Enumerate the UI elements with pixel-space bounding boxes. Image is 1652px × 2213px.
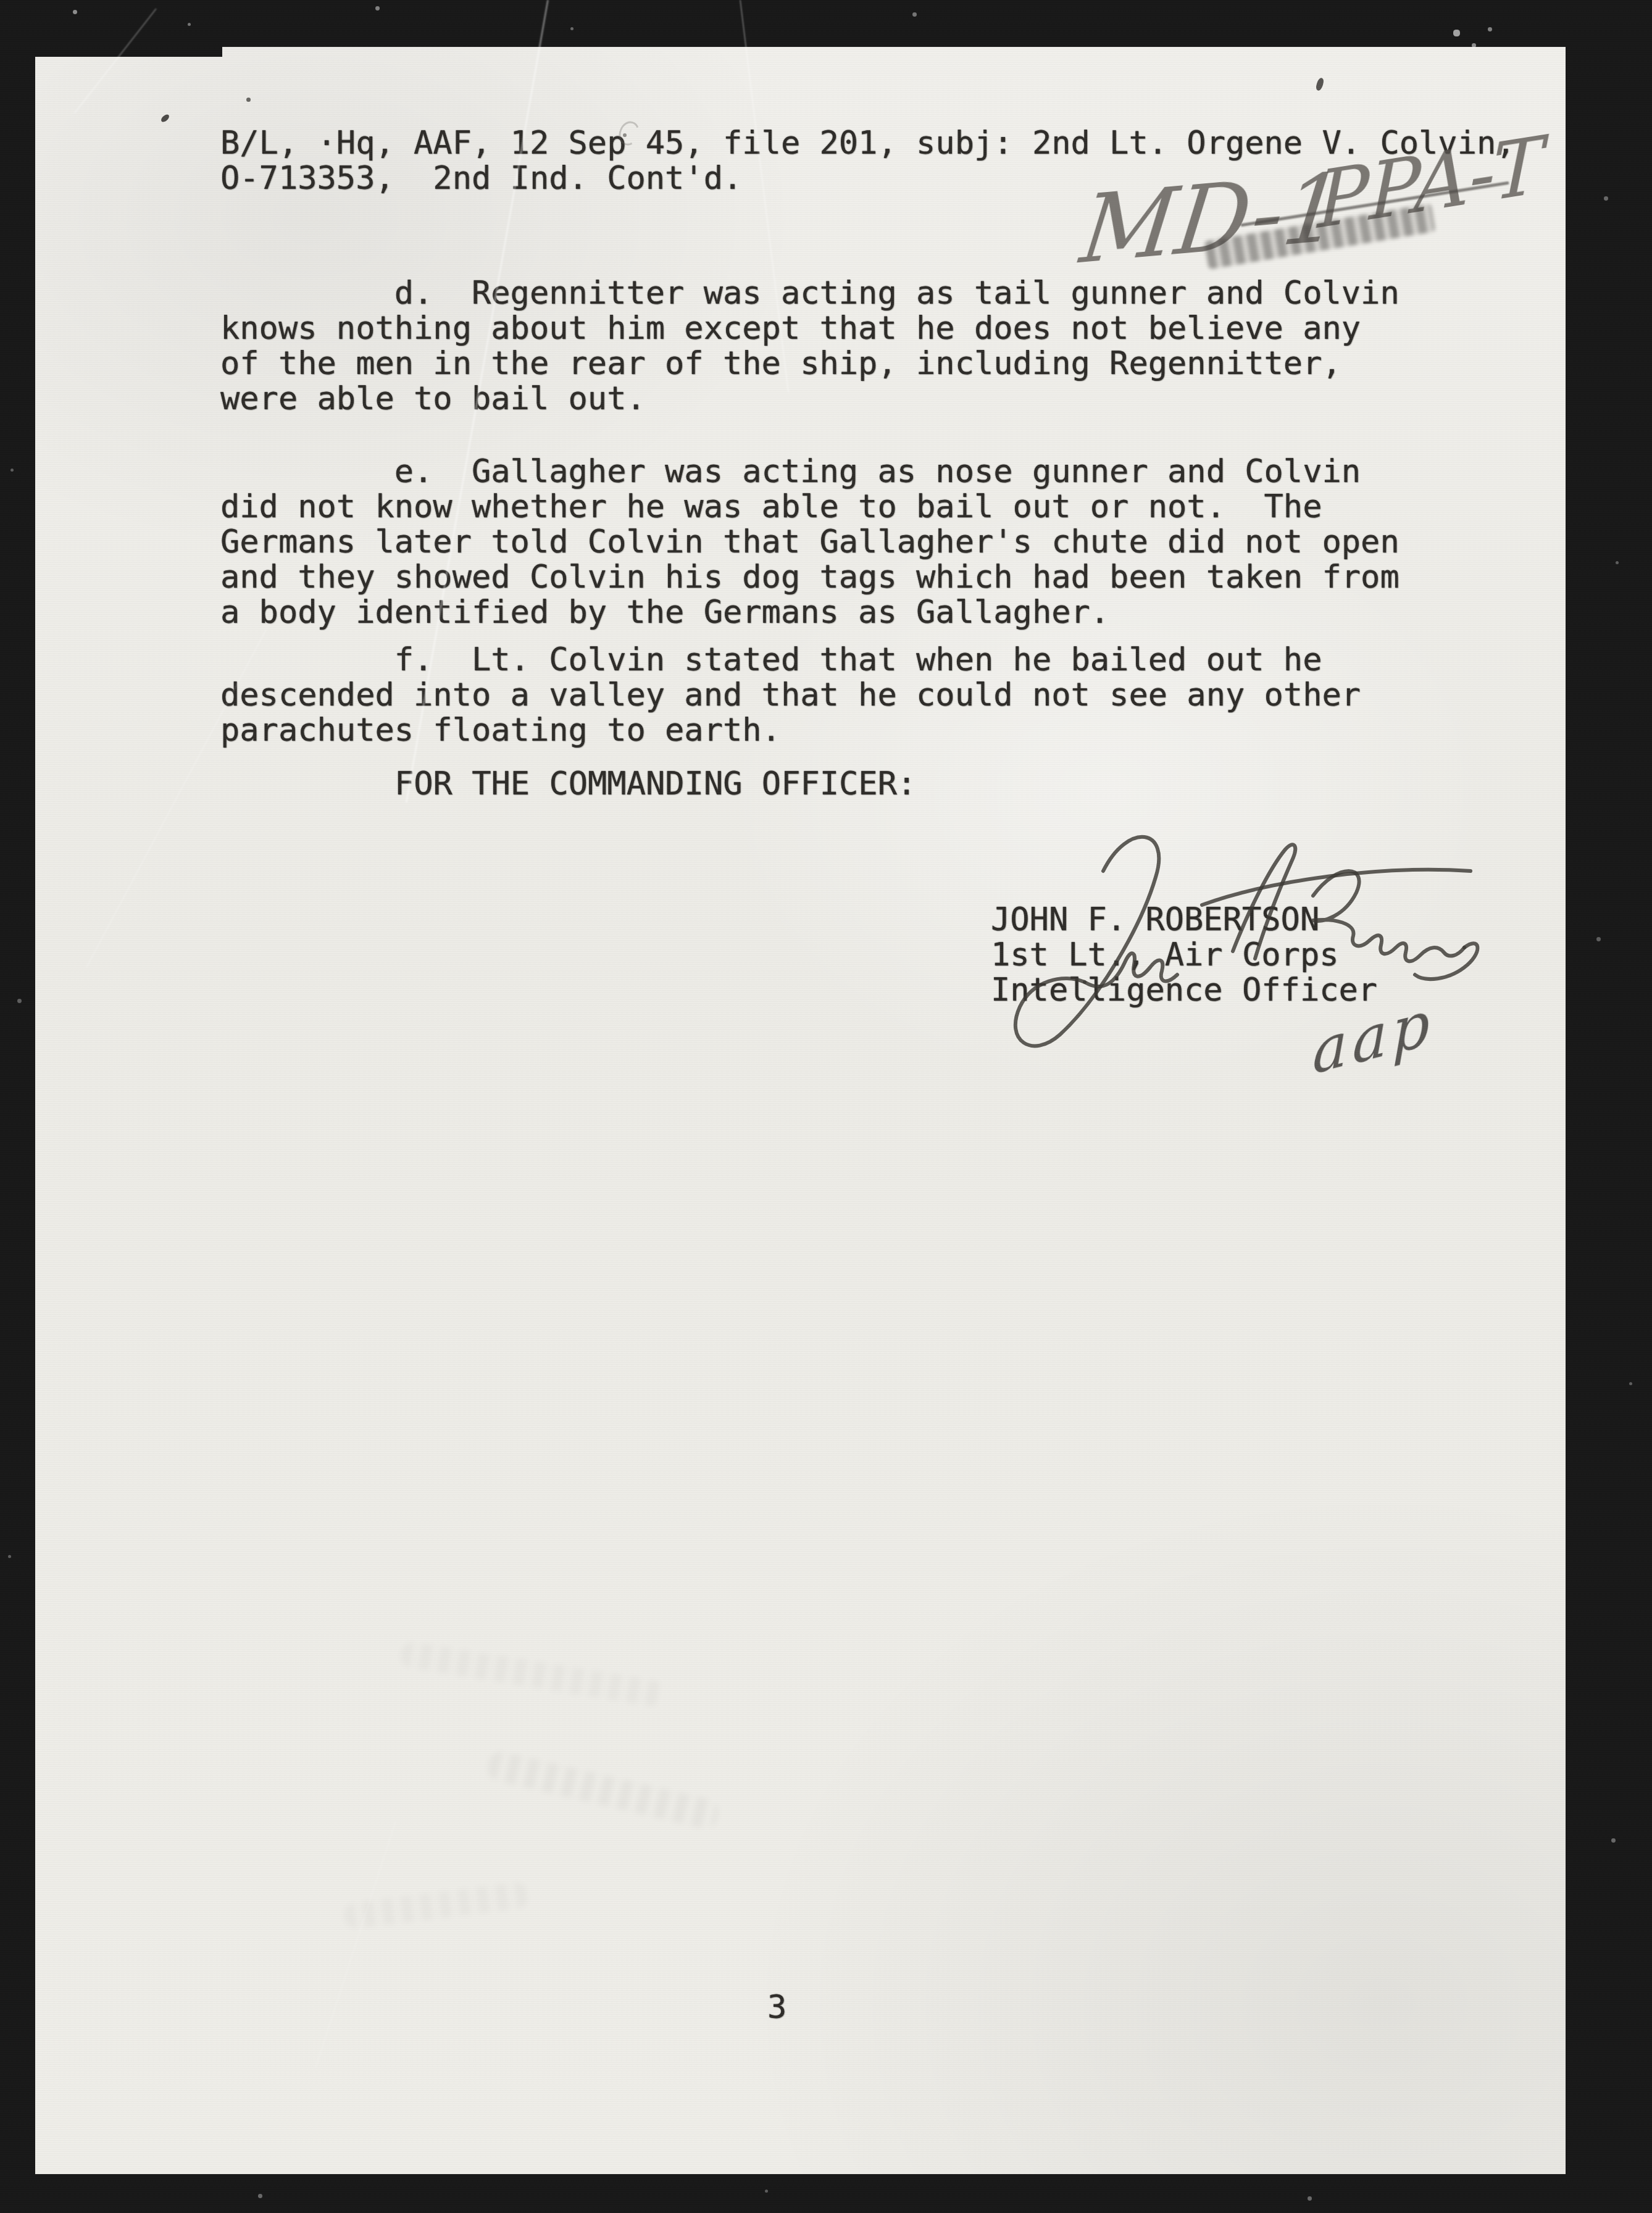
- page-number: 3: [767, 1990, 786, 2025]
- ghost-bleedthrough: [399, 1641, 665, 1708]
- scanned-document-page: B/L, ·Hq, AAF, 12 Sep 45, file 201, subj…: [0, 0, 1652, 2213]
- paragraph-f: f. Lt. Colvin stated that when he bailed…: [220, 643, 1361, 748]
- scan-border-dust-speckles: [0, 0, 2, 2]
- ghost-bleedthrough: [343, 1882, 530, 1930]
- paragraph-e: e. Gallagher was acting as nose gunner a…: [220, 454, 1400, 630]
- ink-fleck: [1315, 77, 1325, 91]
- ghost-bleedthrough: [485, 1749, 720, 1831]
- paragraph-d: d. Regennitter was acting as tail gunner…: [220, 276, 1400, 417]
- closing-line: FOR THE COMMANDING OFFICER:: [394, 767, 916, 802]
- document-paper: B/L, ·Hq, AAF, 12 Sep 45, file 201, subj…: [35, 47, 1566, 2174]
- scan-border-notch: [0, 0, 222, 57]
- ink-fleck: [246, 98, 251, 102]
- ink-fleck: [160, 113, 170, 123]
